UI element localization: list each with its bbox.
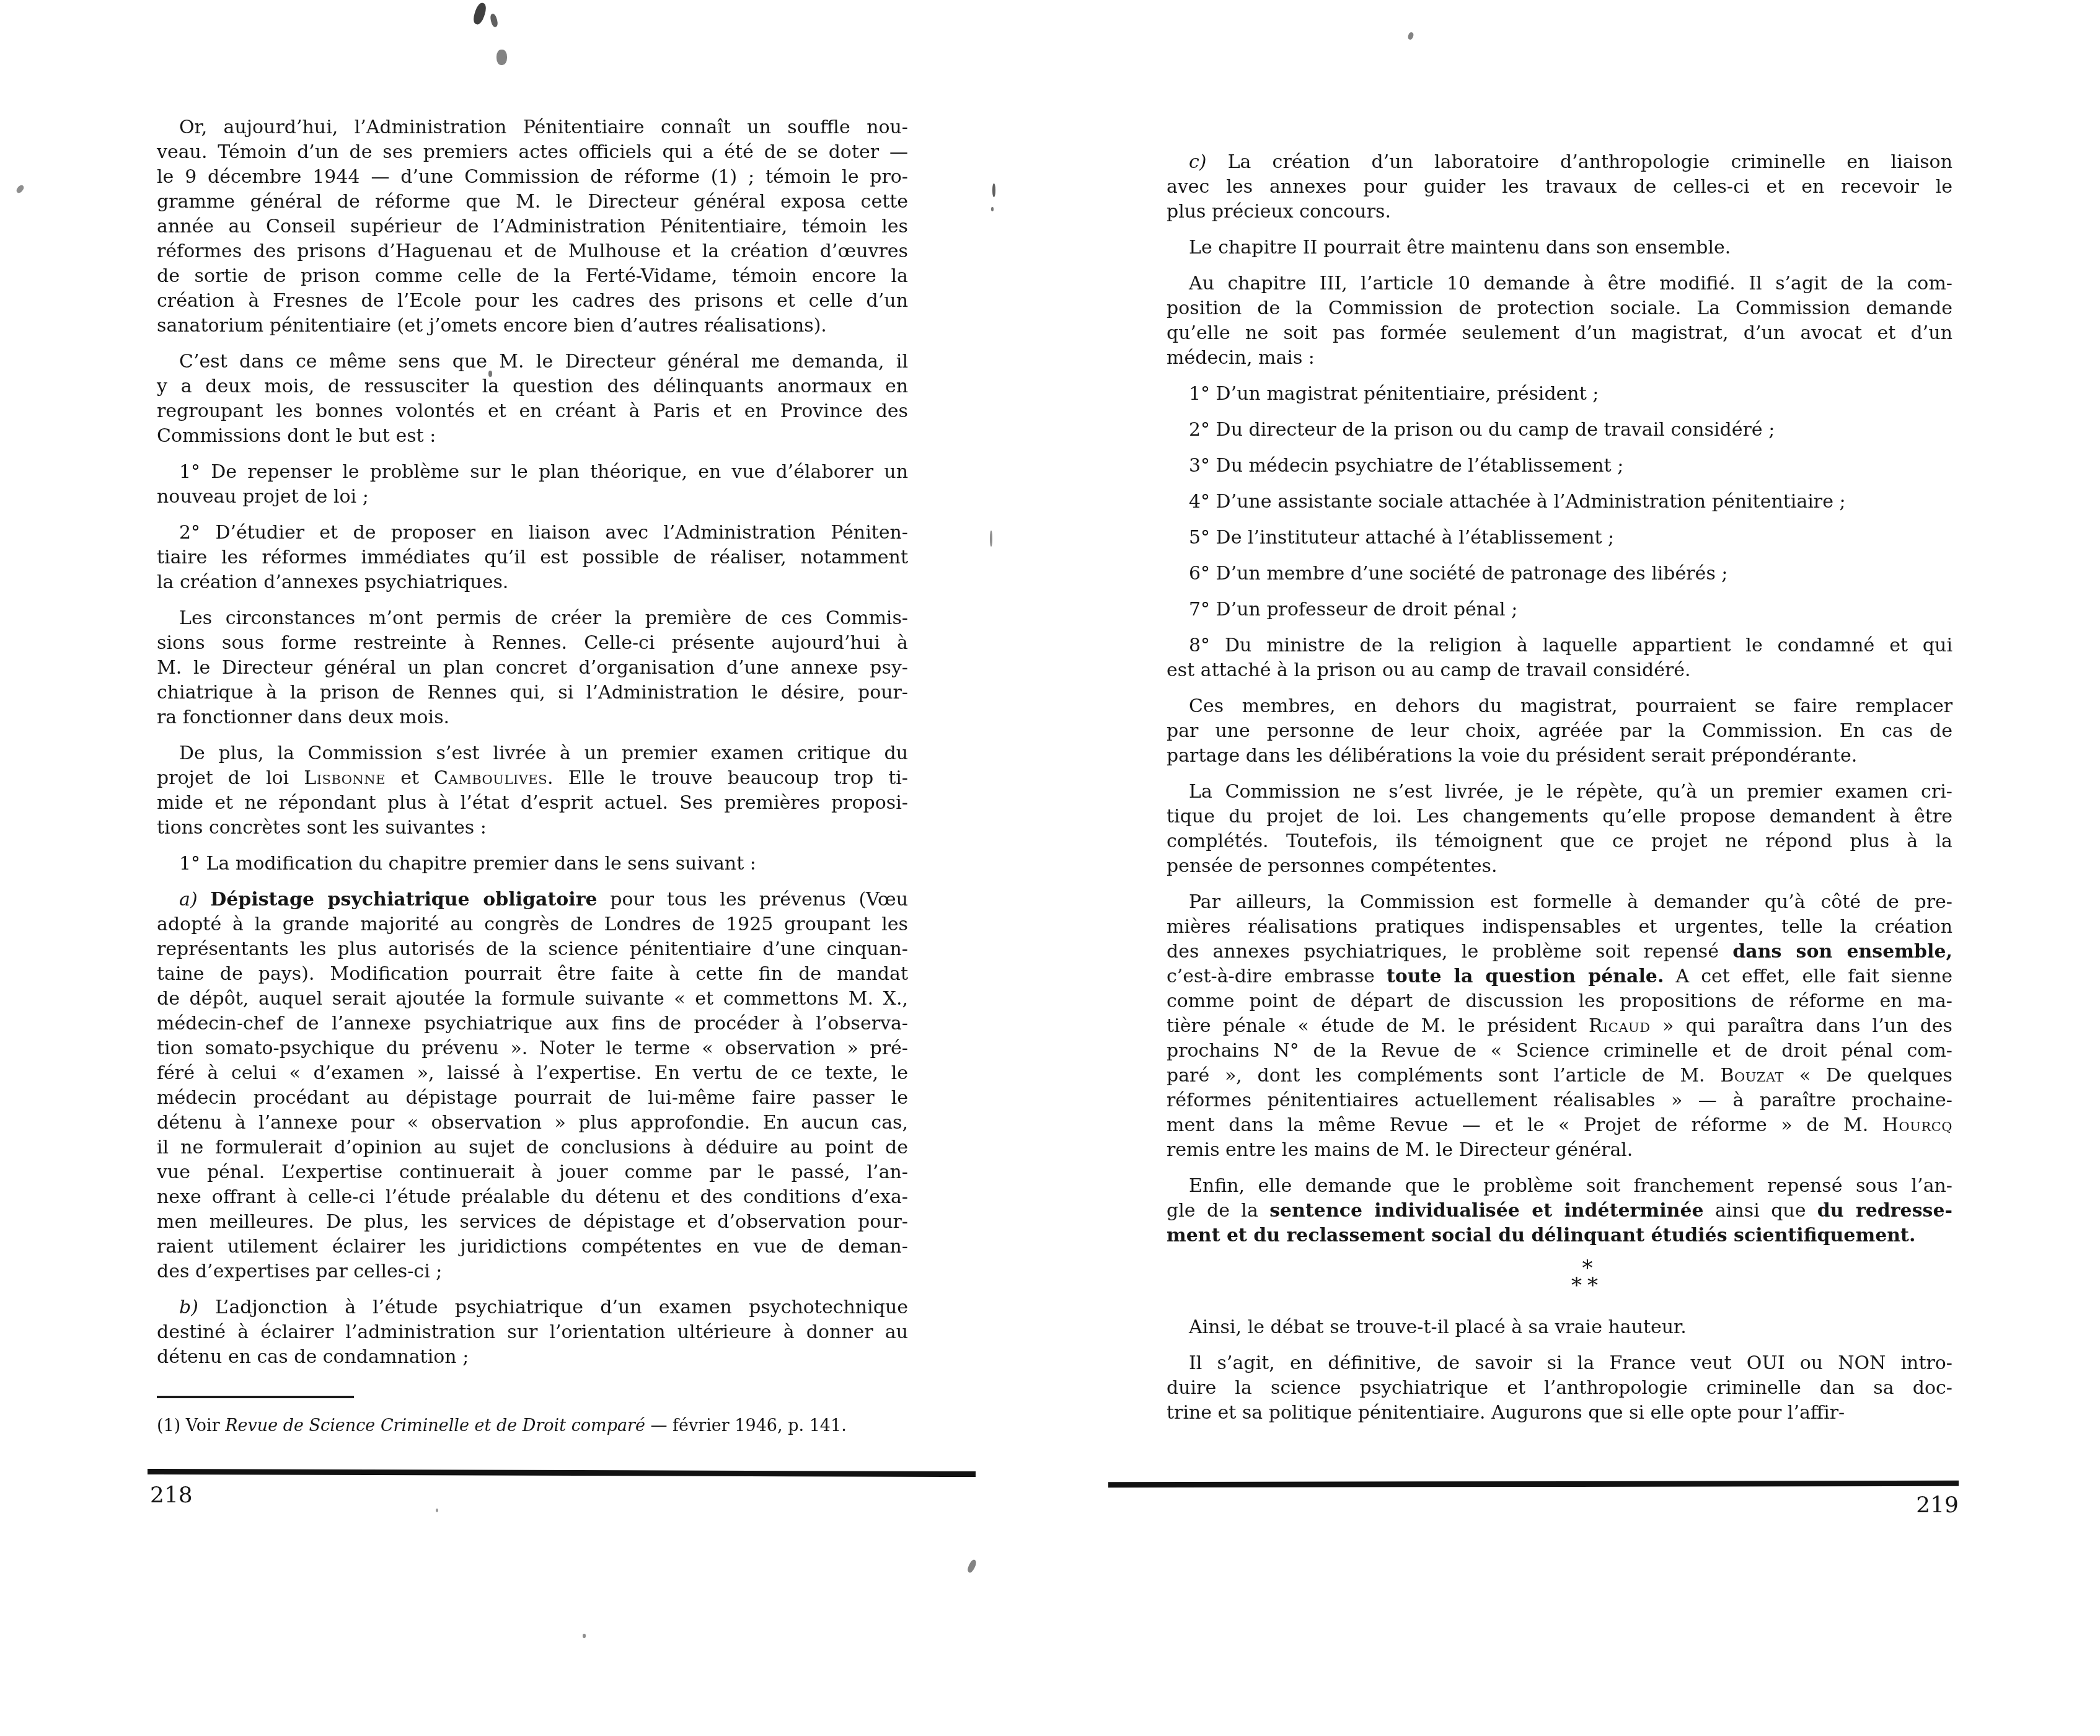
page-number-218: 218 xyxy=(150,1483,193,1508)
paragraph: b) L’adjonction à l’étude psychiatrique … xyxy=(157,1295,908,1370)
ink-speck xyxy=(991,207,994,211)
paragraph: 1° La modification du chapitre premier d… xyxy=(157,852,908,876)
text-line: sions sous forme restreinte à Rennes. Ce… xyxy=(157,631,908,656)
paragraph: Au chapitre III, l’article 10 demande à … xyxy=(1167,271,1952,371)
ink-speck xyxy=(496,50,507,65)
paragraph: Enfin, elle demande que le problème soit… xyxy=(1167,1174,1952,1248)
footnote-text: (1) Voir Revue de Science Criminelle et … xyxy=(157,1416,908,1437)
text-line: 8° Du ministre de la religion à laquelle… xyxy=(1167,633,1952,658)
paragraph: Ainsi, le débat se trouve-t-il placé à s… xyxy=(1167,1315,1952,1340)
text-line: 7° D’un professeur de droit pénal ; xyxy=(1167,597,1952,622)
asterisk-separator: *** xyxy=(1222,1259,1952,1294)
text-line: remis entre les mains de M. le Directeur… xyxy=(1167,1138,1952,1163)
paragraph: 1° D’un magistrat pénitentiaire, préside… xyxy=(1167,382,1952,407)
ink-speck xyxy=(1407,32,1414,40)
text-line: détenu en cas de condamnation ; xyxy=(157,1345,908,1370)
ink-speck xyxy=(488,371,492,377)
text-line: ment et du reclassement social du délinq… xyxy=(1167,1223,1952,1248)
text-line: gramme général de réforme que M. le Dire… xyxy=(157,190,908,214)
text-line: 1° D’un magistrat pénitentiaire, préside… xyxy=(1167,382,1952,407)
text-line: féré à celui « d’examen », laissé à l’ex… xyxy=(157,1061,908,1086)
paragraph: 5° De l’instituteur attaché à l’établiss… xyxy=(1167,526,1952,550)
text-line: médecin procédant au dépistage pourrait … xyxy=(157,1086,908,1111)
text-line: position de la Commission de protection … xyxy=(1167,296,1952,321)
text-line: 4° D’une assistante sociale attachée à l… xyxy=(1167,490,1952,514)
text-line: tions concrètes sont les suivantes : xyxy=(157,816,908,840)
text-line: le 9 décembre 1944 — d’une Commission de… xyxy=(157,165,908,190)
text-line: sanatorium pénitentiaire (et j’omets enc… xyxy=(157,314,908,338)
text-line: taine de pays). Modification pourrait êt… xyxy=(157,962,908,987)
text-line: il ne formulerait d’opinion au sujet de … xyxy=(157,1135,908,1160)
text-line: nouveau projet de loi ; xyxy=(157,485,908,509)
page-218-text-column: Or, aujourd’hui, l’Administration Pénite… xyxy=(157,115,908,1381)
text-line: est attaché à la prison ou au camp de tr… xyxy=(1167,658,1952,683)
text-line: La Commission ne s’est livrée, je le rép… xyxy=(1167,780,1952,804)
paragraph: 1° De repenser le problème sur le plan t… xyxy=(157,460,908,509)
text-line: duire la science psychiatrique et l’anth… xyxy=(1167,1376,1952,1401)
text-line: M. le Directeur général un plan concret … xyxy=(157,656,908,681)
ink-speck xyxy=(436,1509,438,1512)
text-line: Or, aujourd’hui, l’Administration Pénite… xyxy=(157,115,908,140)
text-line: c) La création d’un laboratoire d’anthro… xyxy=(1167,150,1952,175)
paragraph: Les circonstances m’ont permis de créer … xyxy=(157,606,908,730)
text-line: 2° Du directeur de la prison ou du camp … xyxy=(1167,418,1952,443)
text-line: plus précieux concours. xyxy=(1167,200,1952,224)
text-line: par une personne de leur choix, agréée p… xyxy=(1167,719,1952,744)
text-line: c’est-à-dire embrasse toute la question … xyxy=(1167,964,1952,989)
text-line: des annexes psychiatriques, le problème … xyxy=(1167,940,1952,964)
text-line: ra fonctionner dans deux mois. xyxy=(157,705,908,730)
text-line: y a deux mois, de ressusciter la questio… xyxy=(157,374,908,399)
text-line: comme point de départ de discussion les … xyxy=(1167,989,1952,1014)
ink-speck xyxy=(15,184,25,195)
text-line: a) Dépistage psychiatrique obligatoire p… xyxy=(157,888,908,912)
paragraph: 2° D’étudier et de proposer en liaison a… xyxy=(157,521,908,595)
ink-speck xyxy=(472,1,488,25)
page-219-footer-rule xyxy=(1108,1481,1959,1487)
text-line: réformes pénitentiaires actuellement réa… xyxy=(1167,1088,1952,1113)
text-line: men meilleures. De plus, les services de… xyxy=(157,1210,908,1235)
text-line: 3° Du médecin psychiatre de l’établissem… xyxy=(1167,454,1952,478)
text-line: vue pénal. L’expertise continuerait à jo… xyxy=(157,1160,908,1185)
text-line: trine et sa politique pénitentiaire. Aug… xyxy=(1167,1401,1952,1425)
text-line: tiaire les réformes immédiates qu’il est… xyxy=(157,545,908,570)
text-line: partage dans les délibérations la voie d… xyxy=(1167,744,1952,769)
text-line: adopté à la grande majorité au congrès d… xyxy=(157,912,908,937)
text-line: chiatrique à la prison de Rennes qui, si… xyxy=(157,681,908,705)
text-line: raient utilement éclairer les juridictio… xyxy=(157,1235,908,1259)
footnote-rule xyxy=(157,1396,354,1398)
text-line: année au Conseil supérieur de l’Administ… xyxy=(157,214,908,239)
paragraph: 7° D’un professeur de droit pénal ; xyxy=(1167,597,1952,622)
ink-speck xyxy=(992,183,995,197)
text-line: de dépôt, auquel serait ajoutée la formu… xyxy=(157,987,908,1011)
paragraph: 3° Du médecin psychiatre de l’établissem… xyxy=(1167,454,1952,478)
ink-speck xyxy=(583,1634,586,1638)
text-line: mide et ne répondant plus à l’état d’esp… xyxy=(157,791,908,816)
text-line: avec les annexes pour guider les travaux… xyxy=(1167,175,1952,200)
text-line: représentants les plus autorisés de la s… xyxy=(157,937,908,962)
text-line: pensée de personnes compétentes. xyxy=(1167,854,1952,879)
footnote-area: (1) Voir Revue de Science Criminelle et … xyxy=(157,1396,908,1437)
text-line: projet de loi Lisbonne et Camboulives. E… xyxy=(157,766,908,791)
text-line: 1° La modification du chapitre premier d… xyxy=(157,852,908,876)
text-line: prochains N° de la Revue de « Science cr… xyxy=(1167,1039,1952,1064)
text-line: nexe offrant à celle-ci l’étude préalabl… xyxy=(157,1185,908,1210)
text-line: des d’expertises par celles-ci ; xyxy=(157,1259,908,1284)
text-line: réformes des prisons d’Haguenau et de Mu… xyxy=(157,239,908,264)
paragraph: 4° D’une assistante sociale attachée à l… xyxy=(1167,490,1952,514)
text-line: création à Fresnes de l’Ecole pour les c… xyxy=(157,289,908,314)
text-line: veau. Témoin d’un de ses premiers actes … xyxy=(157,140,908,165)
paragraph: Il s’agit, en définitive, de savoir si l… xyxy=(1167,1351,1952,1425)
text-line: mières réalisations pratiques indispensa… xyxy=(1167,915,1952,940)
text-line: b) L’adjonction à l’étude psychiatrique … xyxy=(157,1295,908,1320)
paragraph: Or, aujourd’hui, l’Administration Pénite… xyxy=(157,115,908,338)
text-line: qu’elle ne soit pas formée seulement d’u… xyxy=(1167,321,1952,346)
paragraph: Ces membres, en dehors du magistrat, pou… xyxy=(1167,694,1952,769)
page-218-footer-rule xyxy=(148,1469,976,1477)
text-line: 1° De repenser le problème sur le plan t… xyxy=(157,460,908,485)
text-line: paré », dont les compléments sont l’arti… xyxy=(1167,1064,1952,1088)
ink-speck xyxy=(990,531,992,547)
text-line: 6° D’un membre d’une société de patronag… xyxy=(1167,562,1952,586)
text-line: tière pénale « étude de M. le président … xyxy=(1167,1014,1952,1039)
text-line: ment dans la même Revue — et le « Projet… xyxy=(1167,1113,1952,1138)
text-line: médecin, mais : xyxy=(1167,346,1952,371)
text-line: détenu à l’annexe pour « observation » p… xyxy=(157,1111,908,1135)
text-line: Commissions dont le but est : xyxy=(157,424,908,449)
text-line: complétés. Toutefois, ils témoignent que… xyxy=(1167,829,1952,854)
text-line: tique du projet de loi. Les changements … xyxy=(1167,804,1952,829)
paragraph: C’est dans ce même sens que M. le Direct… xyxy=(157,350,908,449)
text-line: 5° De l’instituteur attaché à l’établiss… xyxy=(1167,526,1952,550)
text-line: tion somato-psychique du prévenu ». Note… xyxy=(157,1036,908,1061)
page-number-219: 219 xyxy=(1108,1492,1959,1518)
text-line: 2° D’étudier et de proposer en liaison a… xyxy=(157,521,908,545)
text-line: destiné à éclairer l’administration sur … xyxy=(157,1320,908,1345)
paragraph: a) Dépistage psychiatrique obligatoire p… xyxy=(157,888,908,1284)
paragraph: Par ailleurs, la Commission est formelle… xyxy=(1167,890,1952,1163)
text-line: de sortie de prison comme celle de la Fe… xyxy=(157,264,908,289)
paragraph: 6° D’un membre d’une société de patronag… xyxy=(1167,562,1952,586)
text-line: Au chapitre III, l’article 10 demande à … xyxy=(1167,271,1952,296)
paragraph: La Commission ne s’est livrée, je le rép… xyxy=(1167,780,1952,879)
ink-speck xyxy=(966,1559,977,1574)
text-line: regroupant les bonnes volontés et en cré… xyxy=(157,399,908,424)
text-line: gle de la sentence individualisée et ind… xyxy=(1167,1199,1952,1223)
text-line: médecin-chef de l’annexe psychiatrique a… xyxy=(157,1011,908,1036)
paragraph: 2° Du directeur de la prison ou du camp … xyxy=(1167,418,1952,443)
text-line: De plus, la Commission s’est livrée à un… xyxy=(157,741,908,766)
paragraph: De plus, la Commission s’est livrée à un… xyxy=(157,741,908,840)
ink-speck xyxy=(489,13,498,28)
text-line: C’est dans ce même sens que M. le Direct… xyxy=(157,350,908,374)
paragraph: 8° Du ministre de la religion à laquelle… xyxy=(1167,633,1952,683)
text-line: Ainsi, le débat se trouve-t-il placé à s… xyxy=(1167,1315,1952,1340)
text-line: Par ailleurs, la Commission est formelle… xyxy=(1167,890,1952,915)
text-line: Les circonstances m’ont permis de créer … xyxy=(157,606,908,631)
page-219-text-column: c) La création d’un laboratoire d’anthro… xyxy=(1167,150,1952,1437)
text-line: Il s’agit, en définitive, de savoir si l… xyxy=(1167,1351,1952,1376)
text-line: Le chapitre II pourrait être maintenu da… xyxy=(1167,236,1952,260)
text-line: la création d’annexes psychiatriques. xyxy=(157,570,908,595)
paragraph: c) La création d’un laboratoire d’anthro… xyxy=(1167,150,1952,224)
text-line: Ces membres, en dehors du magistrat, pou… xyxy=(1167,694,1952,719)
paragraph: Le chapitre II pourrait être maintenu da… xyxy=(1167,236,1952,260)
text-line: Enfin, elle demande que le problème soit… xyxy=(1167,1174,1952,1199)
